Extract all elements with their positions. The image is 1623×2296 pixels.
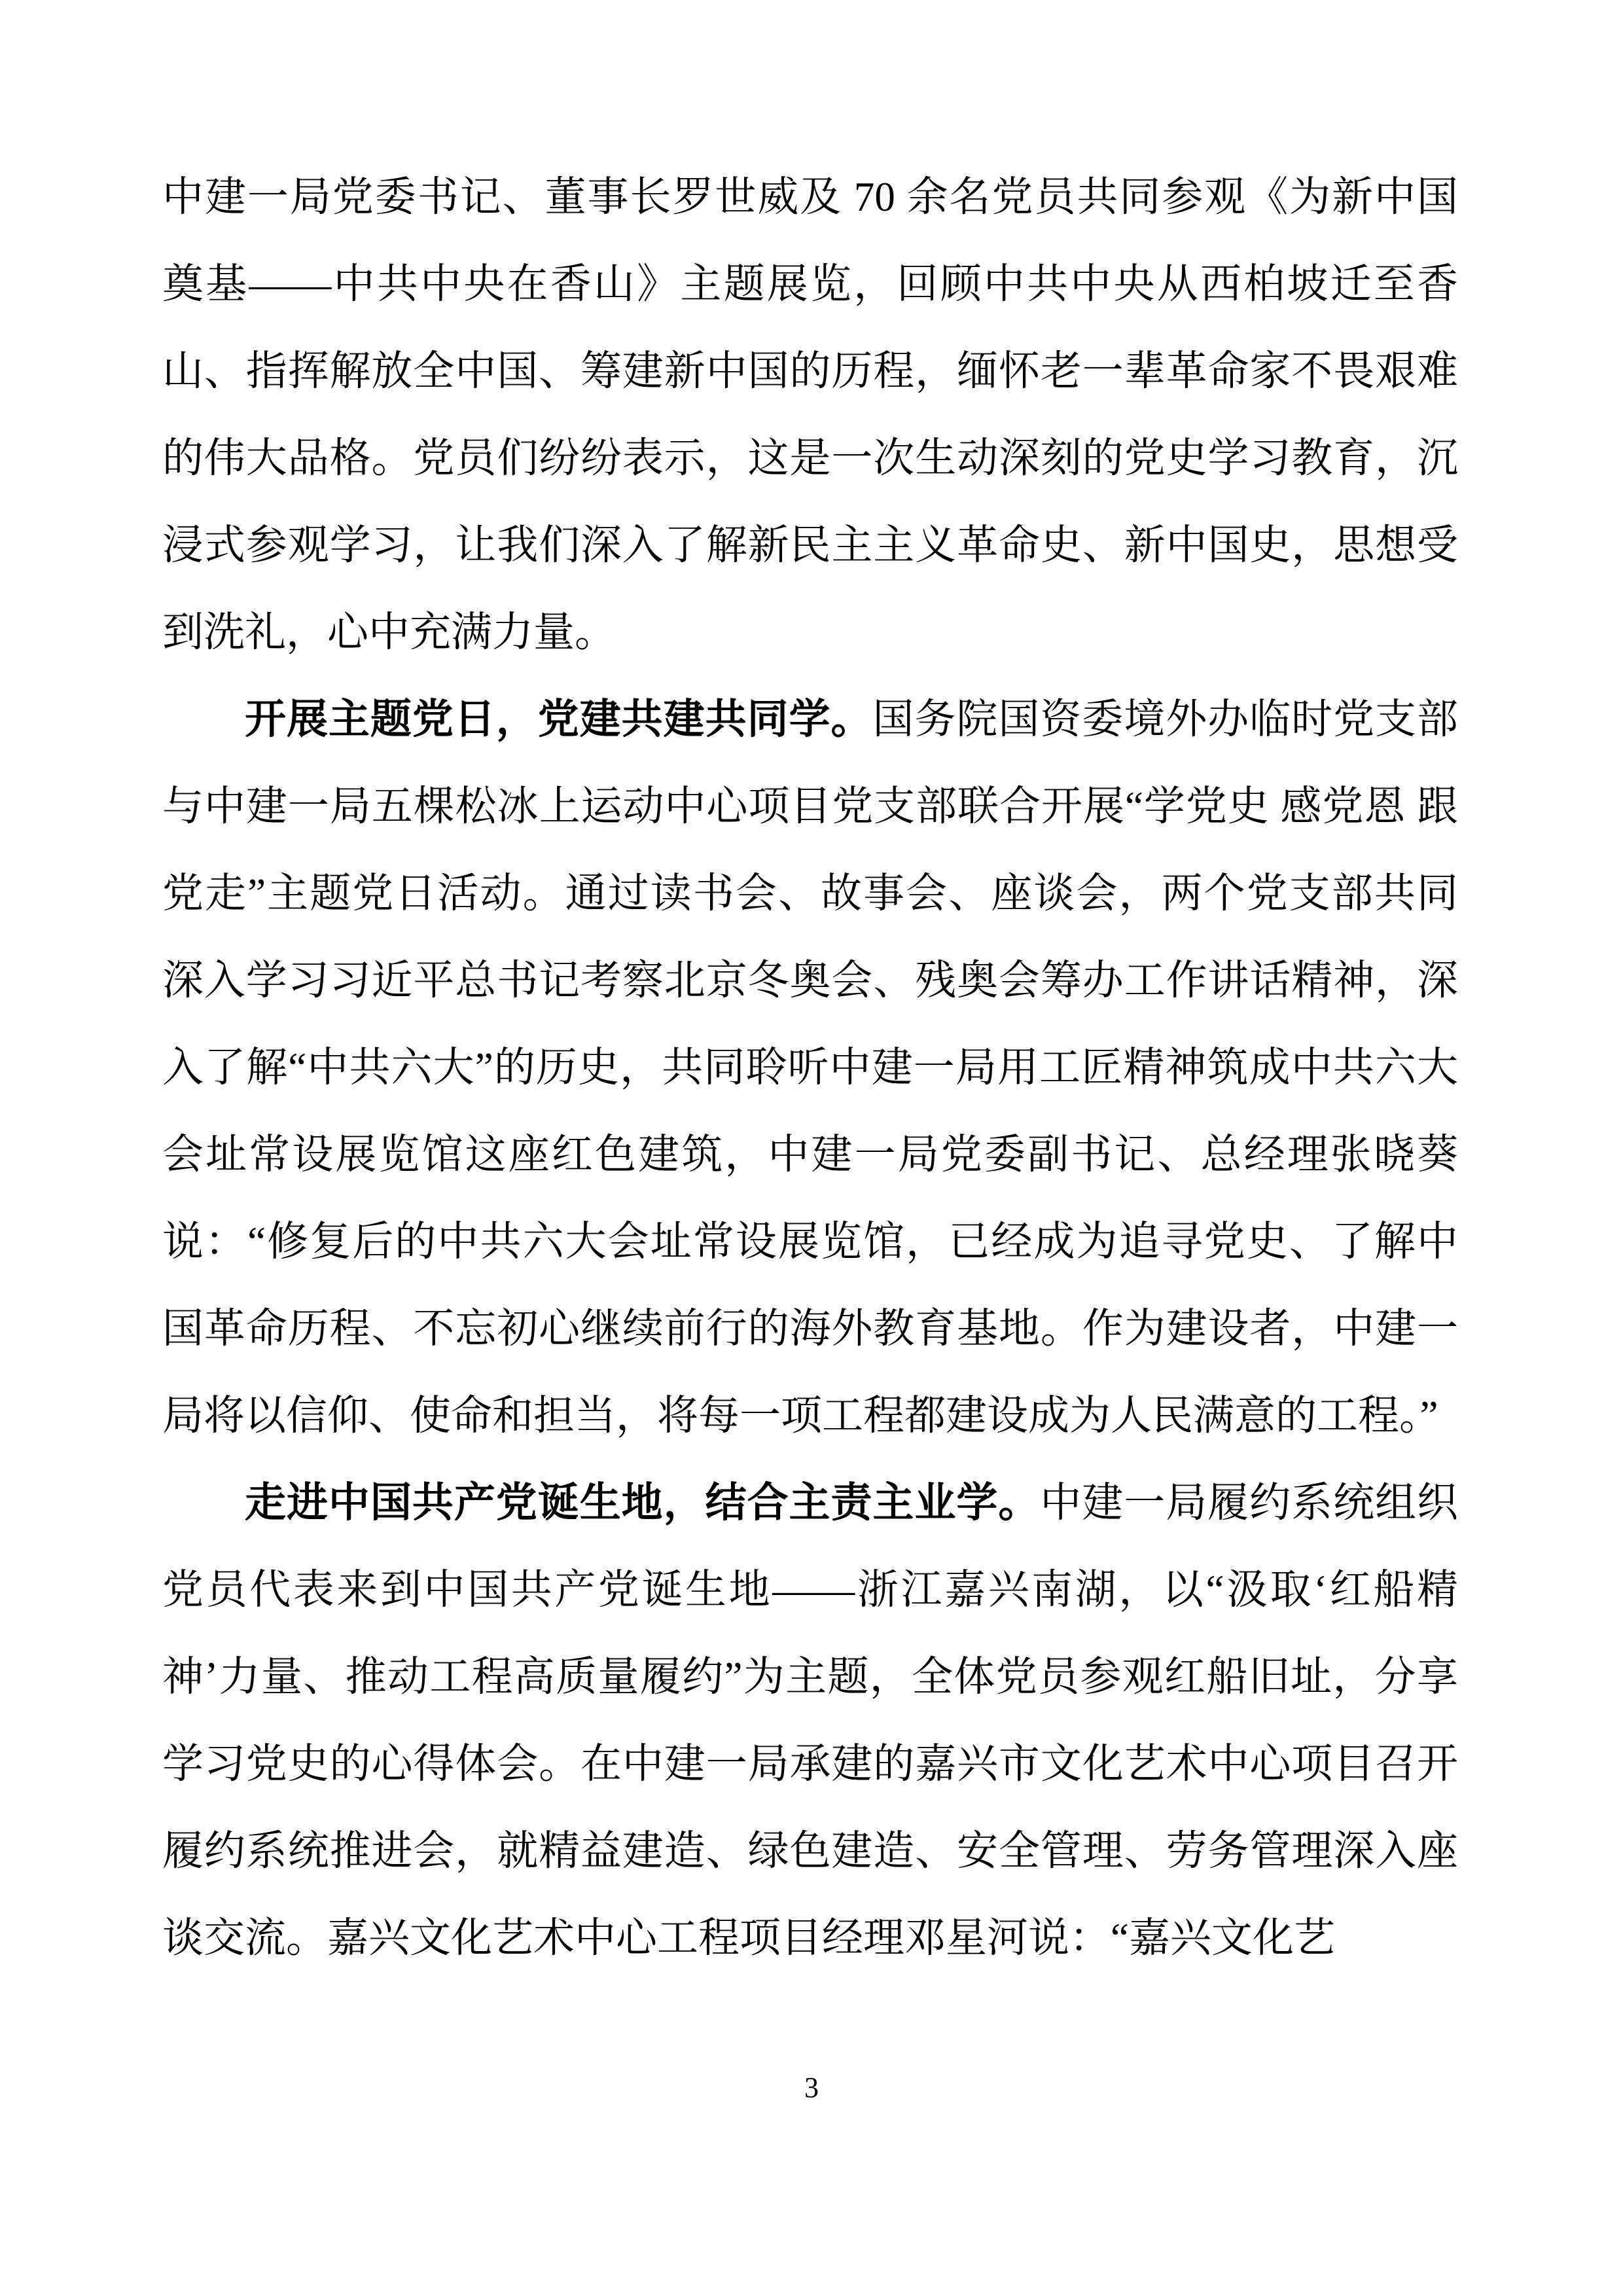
paragraph: 开展主题党日，党建共建共同学。国务院国资委境外办临时党支部与中建一局五棵松冰上运… — [162, 676, 1458, 1460]
paragraph: 走进中国共产党诞生地，结合主责主业学。中建一局履约系统组织党员代表来到中国共产党… — [162, 1460, 1458, 1982]
page-number: 3 — [0, 2068, 1623, 2108]
paragraph-lead-bold: 开展主题党日，党建共建共同学。 — [245, 696, 872, 742]
paragraph-text: 国务院国资委境外办临时党支部与中建一局五棵松冰上运动中心项目党支部联合开展“学党… — [162, 696, 1458, 1439]
document-page: 中建一局党委书记、董事长罗世威及 70 余名党员共同参观《为新中国奠基——中共中… — [0, 0, 1623, 2296]
paragraph-text: 中建一局党委书记、董事长罗世威及 70 余名党员共同参观《为新中国奠基——中共中… — [162, 174, 1458, 655]
paragraph: 中建一局党委书记、董事长罗世威及 70 余名党员共同参观《为新中国奠基——中共中… — [162, 154, 1458, 676]
document-body: 中建一局党委书记、董事长罗世威及 70 余名党员共同参观《为新中国奠基——中共中… — [162, 154, 1458, 1982]
paragraph-text: 中建一局履约系统组织党员代表来到中国共产党诞生地——浙江嘉兴南湖，以“汲取‘红船… — [162, 1480, 1458, 1961]
paragraph-lead-bold: 走进中国共产党诞生地，结合主责主业学。 — [245, 1480, 1040, 1526]
